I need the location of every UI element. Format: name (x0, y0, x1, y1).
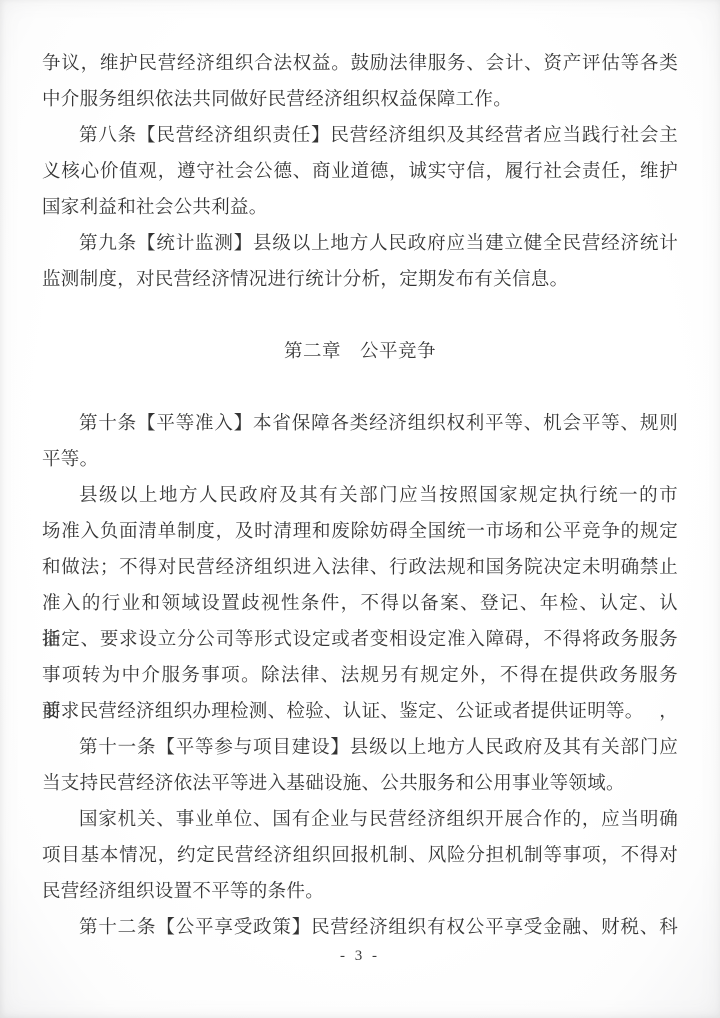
text-line: 义核心价值观，遵守社会公德、商业道德，诚实守信，履行社会责任，维护 (42, 154, 678, 190)
text-line: 民营经济组织设置不平等的条件。 (42, 874, 678, 910)
text-line: 争议，维护民营经济组织合法权益。鼓励法律服务、会计、资产评估等各类 (42, 46, 678, 82)
text-line: 第十一条【平等参与项目建设】县级以上地方人民政府及其有关部门应 (42, 730, 678, 766)
page-number: - 3 - (42, 948, 678, 964)
text-line: 事项转为中介服务事项。除法律、法规另有规定外，不得在提供政务服务前， (42, 658, 678, 694)
chapter-heading: 第二章 公平竞争 (42, 334, 678, 370)
text-line: 监测制度，对民营经济情况进行统计分析，定期发布有关信息。 (42, 262, 678, 298)
document-text-block: 争议，维护民营经济组织合法权益。鼓励法律服务、会计、资产评估等各类中介服务组织依… (42, 46, 678, 964)
text-line: 指定、要求设立分公司等形式设定或者变相设定准入障碍，不得将政务服务 (42, 622, 678, 658)
text-line: 第十二条【公平享受政策】民营经济组织有权公平享受金融、财税、科 (42, 910, 678, 946)
text-line: 和做法；不得对民营经济组织进入法律、行政法规和国务院决定未明确禁止 (42, 550, 678, 586)
text-line: 国家机关、事业单位、国有企业与民营经济组织开展合作的，应当明确 (42, 802, 678, 838)
document-page: 争议，维护民营经济组织合法权益。鼓励法律服务、会计、资产评估等各类中介服务组织依… (0, 0, 720, 1018)
text-line: 第十条【平等准入】本省保障各类经济组织权利平等、机会平等、规则 (42, 406, 678, 442)
text-line: 要求民营经济组织办理检测、检验、认证、鉴定、公证或者提供证明等。 (42, 694, 678, 730)
document-lines: 争议，维护民营经济组织合法权益。鼓励法律服务、会计、资产评估等各类中介服务组织依… (42, 46, 678, 946)
blank-line (42, 370, 678, 406)
text-line: 中介服务组织依法共同做好民营经济组织权益保障工作。 (42, 82, 678, 118)
text-line: 项目基本情况，约定民营经济组织回报机制、风险分担机制等事项，不得对 (42, 838, 678, 874)
text-line: 国家利益和社会公共利益。 (42, 190, 678, 226)
blank-line (42, 298, 678, 334)
text-line: 准入的行业和领域设置歧视性条件，不得以备案、登记、年检、认定、认证、 (42, 586, 678, 622)
text-line: 第九条【统计监测】县级以上地方人民政府应当建立健全民营经济统计 (42, 226, 678, 262)
text-line: 场准入负面清单制度，及时清理和废除妨碍全国统一市场和公平竞争的规定 (42, 514, 678, 550)
text-line: 第八条【民营经济组织责任】民营经济组织及其经营者应当践行社会主 (42, 118, 678, 154)
text-line: 平等。 (42, 442, 678, 478)
text-line: 当支持民营经济依法平等进入基础设施、公共服务和公用事业等领域。 (42, 766, 678, 802)
text-line: 县级以上地方人民政府及其有关部门应当按照国家规定执行统一的市 (42, 478, 678, 514)
